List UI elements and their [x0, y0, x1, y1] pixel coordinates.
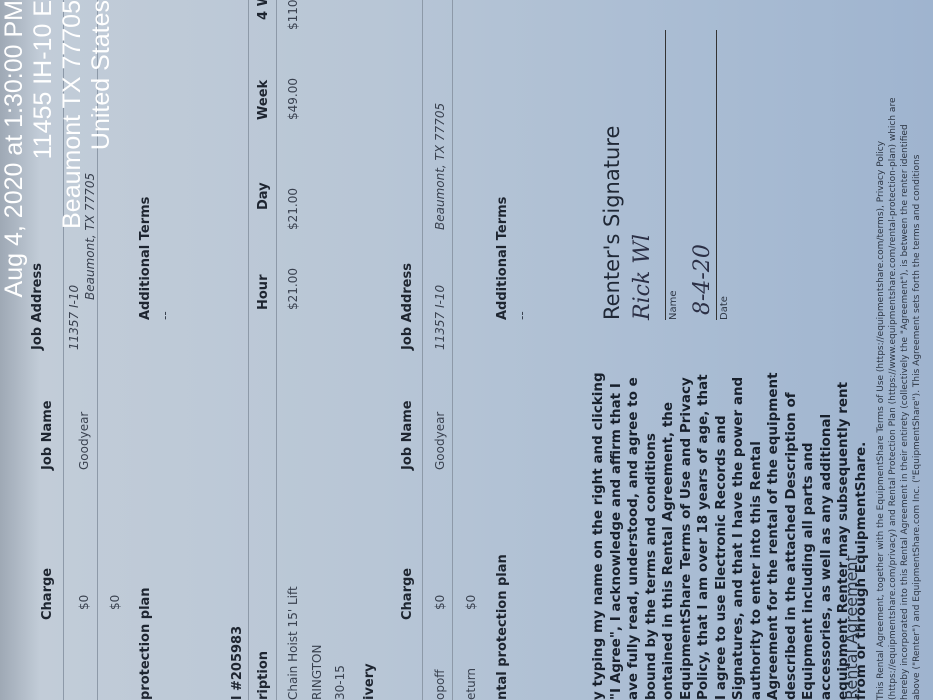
week-header: Week [256, 80, 271, 120]
rental-agreement-body-line2: (https://equipmentshare.com/privacy) and… [888, 0, 900, 700]
date-label: Date [719, 296, 730, 320]
timestamp-street: 11455 IH-10 E [29, 0, 58, 300]
rental-agreement-body-line1: This Rental Agreement, together with the… [876, 0, 888, 700]
additional-terms-value: -- [158, 311, 172, 320]
additional-terms-value: -- [515, 311, 529, 320]
return-label: eturn [464, 668, 478, 700]
header-charge-top: Charge [40, 568, 55, 620]
job-name-value: Goodyear [77, 412, 91, 470]
date-signature-line [716, 30, 717, 320]
protection-plan-label: protection plan [138, 587, 153, 700]
header-job-address: Job Address [400, 263, 415, 350]
header-charge: Charge [400, 568, 415, 620]
protection-plan-label: ntal protection plan [495, 554, 510, 700]
name-signature-line [665, 30, 666, 320]
rental-number: l #205983 [230, 626, 245, 700]
rental-agreement-body-line3: hereby incorporated into this Rental Agr… [900, 0, 912, 700]
day-rate: $21.00 [286, 188, 300, 230]
hour-header: Hour [256, 275, 271, 310]
header-job-name: Job Name [400, 400, 415, 470]
item-make: RINGTON [310, 645, 324, 700]
dropoff-job-name: Goodyear [433, 412, 447, 470]
dropoff-label: opoff [433, 669, 447, 700]
four-week-header: 4 Week [256, 0, 271, 20]
name-label: Name [668, 290, 679, 320]
week-rate: $49.00 [286, 78, 300, 120]
header-job-name-top: Job Name [40, 400, 55, 470]
item-description: Chain Hoist 15' Lift [286, 586, 300, 700]
dropoff-address-line2: Beaumont, TX 77705 [433, 103, 447, 230]
four-week-rate: $110.00 [286, 0, 300, 30]
dropoff-address-line1: 11357 I-10 [433, 285, 447, 350]
additional-terms-label: Additional Terms [138, 197, 153, 320]
hour-rate: $21.00 [286, 268, 300, 310]
description-header: ription [256, 651, 271, 700]
dropoff-charge: $0 [433, 595, 447, 610]
signature-name-value: Rick Wl [630, 234, 655, 320]
timestamp-country: United States [87, 0, 116, 300]
additional-terms-label: Additional Terms [495, 197, 510, 320]
signature-date-value: 8-4-20 [690, 244, 715, 315]
agreement-acknowledgement: y typing my name on the right and clicki… [590, 370, 870, 700]
timestamp-city: Beaumont TX 77705 [58, 0, 87, 300]
day-header: Day [256, 182, 271, 210]
divider [422, 0, 423, 700]
charge-value: $0 [108, 595, 122, 610]
timestamp-datetime: Aug 4, 2020 at 1:30:00 PM [0, 0, 29, 300]
divider [276, 0, 277, 700]
delivery-section-label: ivery [362, 663, 377, 700]
charge-value: $0 [77, 595, 91, 610]
item-model: 30-15 [333, 665, 347, 700]
rental-document-page: Charge Job Name Job Address $0 Goodyear … [0, 0, 933, 700]
divider [248, 0, 249, 700]
divider [452, 0, 453, 700]
rental-agreement-title: Rental Agreement [842, 555, 861, 700]
return-charge: $0 [464, 595, 478, 610]
signature-title: Renter's Signature [600, 126, 624, 320]
rental-agreement-body-line4: above ("Renter") and EquipmentShare.com … [912, 0, 924, 700]
photo-timestamp-overlay: Aug 4, 2020 at 1:30:00 PM 11455 IH-10 E … [0, 0, 116, 300]
